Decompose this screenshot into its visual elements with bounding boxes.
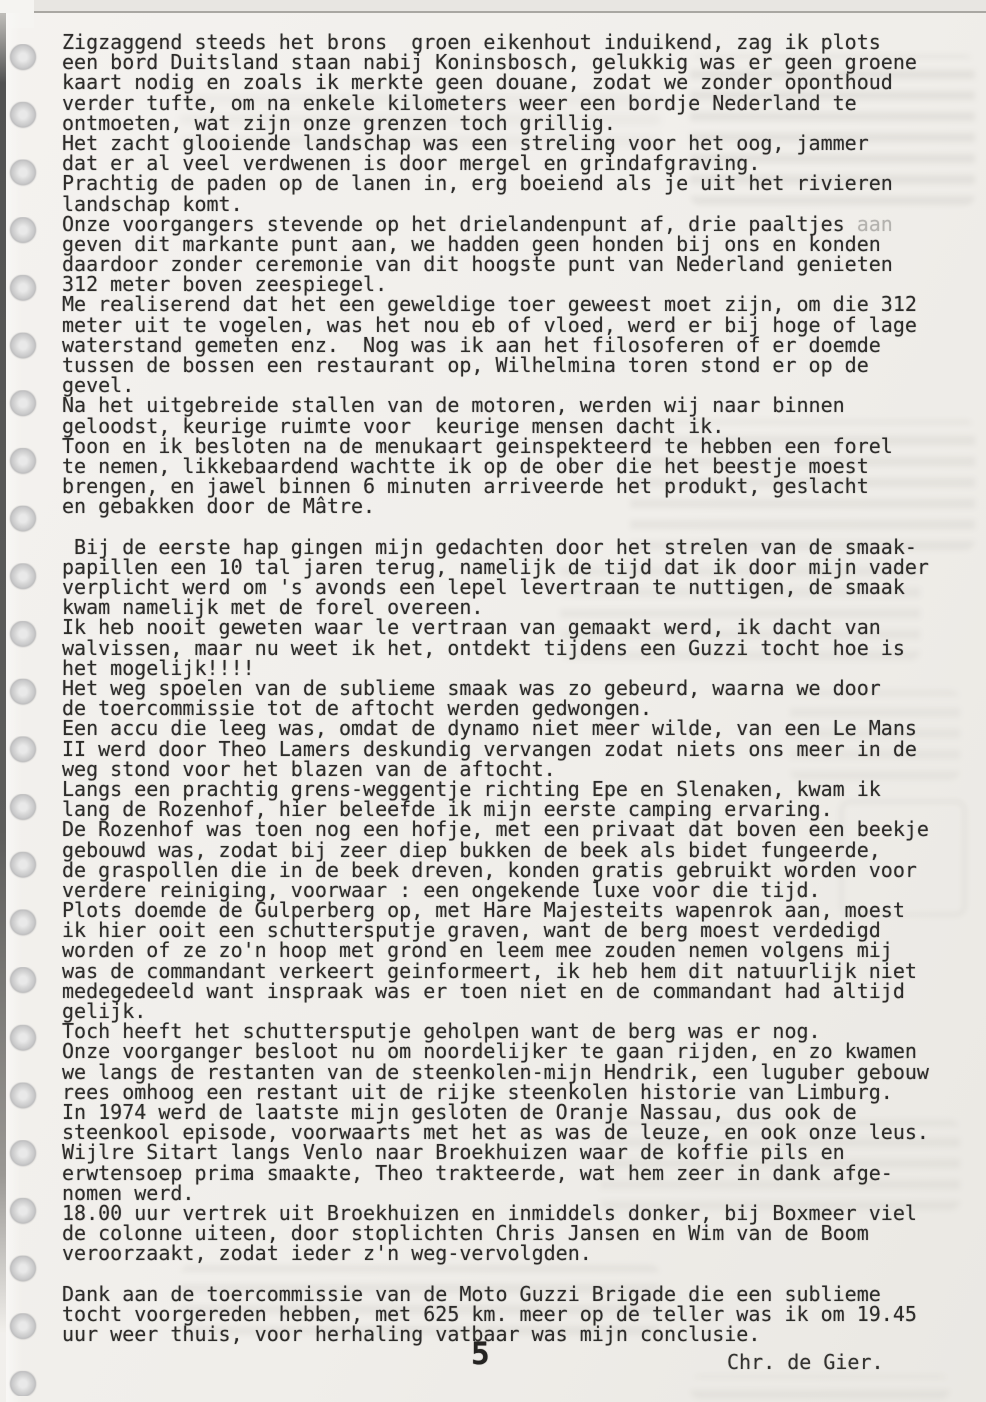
text-line: rees omhoog een restant uit de rijke ste…: [62, 1082, 962, 1102]
text-line: tocht voorgereden hebben, met 625 km. me…: [62, 1304, 962, 1324]
text-line: meter uit te vogelen, was het nou eb of …: [62, 315, 962, 335]
text-line: de graspollen die in de beek dreven, kon…: [62, 860, 962, 880]
text-line: Het zacht glooiende landschap was een st…: [62, 133, 962, 153]
text-line: Na het uitgebreide stallen van de motore…: [62, 395, 962, 415]
text-line: een bord Duitsland staan nabij Koninsbos…: [62, 52, 962, 72]
text-line: was de commandant verkeert geinformeert,…: [62, 961, 962, 981]
text-line: en gebakken door de Mâtre.: [62, 496, 962, 516]
text-line: erwtensoep prima smaakte, Theo trakteerd…: [62, 1163, 962, 1183]
text-line: Het weg spoelen van de sublieme smaak wa…: [62, 678, 962, 698]
text-line: ontmoeten, wat zijn onze grenzen toch gr…: [62, 113, 962, 133]
text-line: De Rozenhof was toen nog een hofje, met …: [62, 819, 962, 839]
text-line: papillen een 10 tal jaren terug, namelij…: [62, 557, 962, 577]
text-line: te nemen, likkebaardend wachtte ik op de…: [62, 456, 962, 476]
text-line: Wijlre Sitart langs Venlo naar Broekhuiz…: [62, 1142, 962, 1162]
bleed-through-smudge: [690, 1375, 950, 1399]
text-line: medegedeeld want inspraak was er toen ni…: [62, 981, 962, 1001]
text-line: In 1974 werd de laatste mijn gesloten de…: [62, 1102, 962, 1122]
text-line: 312 meter boven zeespiegel.: [62, 274, 962, 294]
text-line: kwam namelijk met de forel overeen.: [62, 597, 962, 617]
text-line: we langs de restanten van de steenkolen-…: [62, 1062, 962, 1082]
scan-top-edge: [0, 0, 986, 13]
blank-line: [62, 517, 962, 537]
text-line: geloodst, keurige ruimte voor keurige me…: [62, 416, 962, 436]
text-line: het mogelijk!!!!: [62, 658, 962, 678]
text-line: Plots doemde de Gulperberg op, met Hare …: [62, 900, 962, 920]
text-line: Bij de eerste hap gingen mijn gedachten …: [62, 537, 962, 557]
text-line: gevel.: [62, 375, 962, 395]
text-line: 18.00 uur vertrek uit Broekhuizen en inm…: [62, 1203, 962, 1223]
text-line: Dank aan de toercommissie van de Moto Gu…: [62, 1284, 962, 1304]
text-line: geven dit markante punt aan, we hadden g…: [62, 234, 962, 254]
text-line: II werd door Theo Lamers deskundig verva…: [62, 739, 962, 759]
text-line: Zigzaggend steeds het brons groen eikenh…: [62, 32, 962, 52]
text-line: walvissen, maar nu weet ik het, ontdekt …: [62, 638, 962, 658]
text-line: Toon en ik besloten na de menukaart gein…: [62, 436, 962, 456]
page-number: 5: [471, 1336, 490, 1372]
text-line: verder tufte, om na enkele kilometers we…: [62, 93, 962, 113]
text-line: verplicht werd om 's avonds een lepel le…: [62, 577, 962, 597]
text-line: Onze voorgangers stevende op het drielan…: [62, 214, 962, 234]
text-line: Ik heb nooit geweten waar le vertraan va…: [62, 617, 962, 637]
text-line: weg stond voor het blazen van de aftocht…: [62, 759, 962, 779]
text-line: waterstand gemeten enz. Nog was ik aan h…: [62, 335, 962, 355]
text-line: lang de Rozenhof, hier beleefde ik mijn …: [62, 799, 962, 819]
binder-punch-holes: [8, 44, 38, 1396]
text-line: verdere reiniging, voorwaar : een ongeke…: [62, 880, 962, 900]
text-line: gebouwd was, zodat bij zeer diep bukken …: [62, 840, 962, 860]
text-line: Me realiserend dat het een geweldige toe…: [62, 294, 962, 314]
text-line: worden of ze zo'n hoop met grond en leem…: [62, 940, 962, 960]
author-signature: Chr. de Gier.: [727, 1350, 884, 1374]
text-line: daardoor zonder ceremonie van dit hoogst…: [62, 254, 962, 274]
text-line: Langs een prachtig grens-weggentje richt…: [62, 779, 962, 799]
text-line: tussen de bossen een restaurant op, Wilh…: [62, 355, 962, 375]
text-line: steenkool episode, voorwaarts met het as…: [62, 1122, 962, 1142]
text-line: de colonne uiteen, door stoplichten Chri…: [62, 1223, 962, 1243]
text-line: dat er al veel verdwenen is door mergel …: [62, 153, 962, 173]
text-line: brengen, en jawel binnen 6 minuten arriv…: [62, 476, 962, 496]
text-line: kaart nodig en zoals ik merkte geen doua…: [62, 72, 962, 92]
text-line: ik hier ooit een schuttersputje graven, …: [62, 920, 962, 940]
text-line: uur weer thuis, voor herhaling vatbaar w…: [62, 1324, 962, 1344]
text-line: veroorzaakt, zodat ieder z'n weg-vervolg…: [62, 1243, 962, 1263]
faded-text: aan: [857, 212, 893, 236]
text-line: nomen werd.: [62, 1183, 962, 1203]
text-line: de toercommissie tot de aftocht werden g…: [62, 698, 962, 718]
text-line: Toch heeft het schuttersputje geholpen w…: [62, 1021, 962, 1041]
typewritten-body-text: Zigzaggend steeds het brons groen eikenh…: [62, 32, 962, 1344]
text-line: Prachtig de paden op de lanen in, erg bo…: [62, 173, 962, 193]
blank-line: [62, 1263, 962, 1283]
text-line: Een accu die leeg was, omdat de dynamo n…: [62, 718, 962, 738]
text-line: gelijk.: [62, 1001, 962, 1021]
text-line: Onze voorganger besloot nu om noordelijk…: [62, 1041, 962, 1061]
text-line: landschap komt.: [62, 194, 962, 214]
